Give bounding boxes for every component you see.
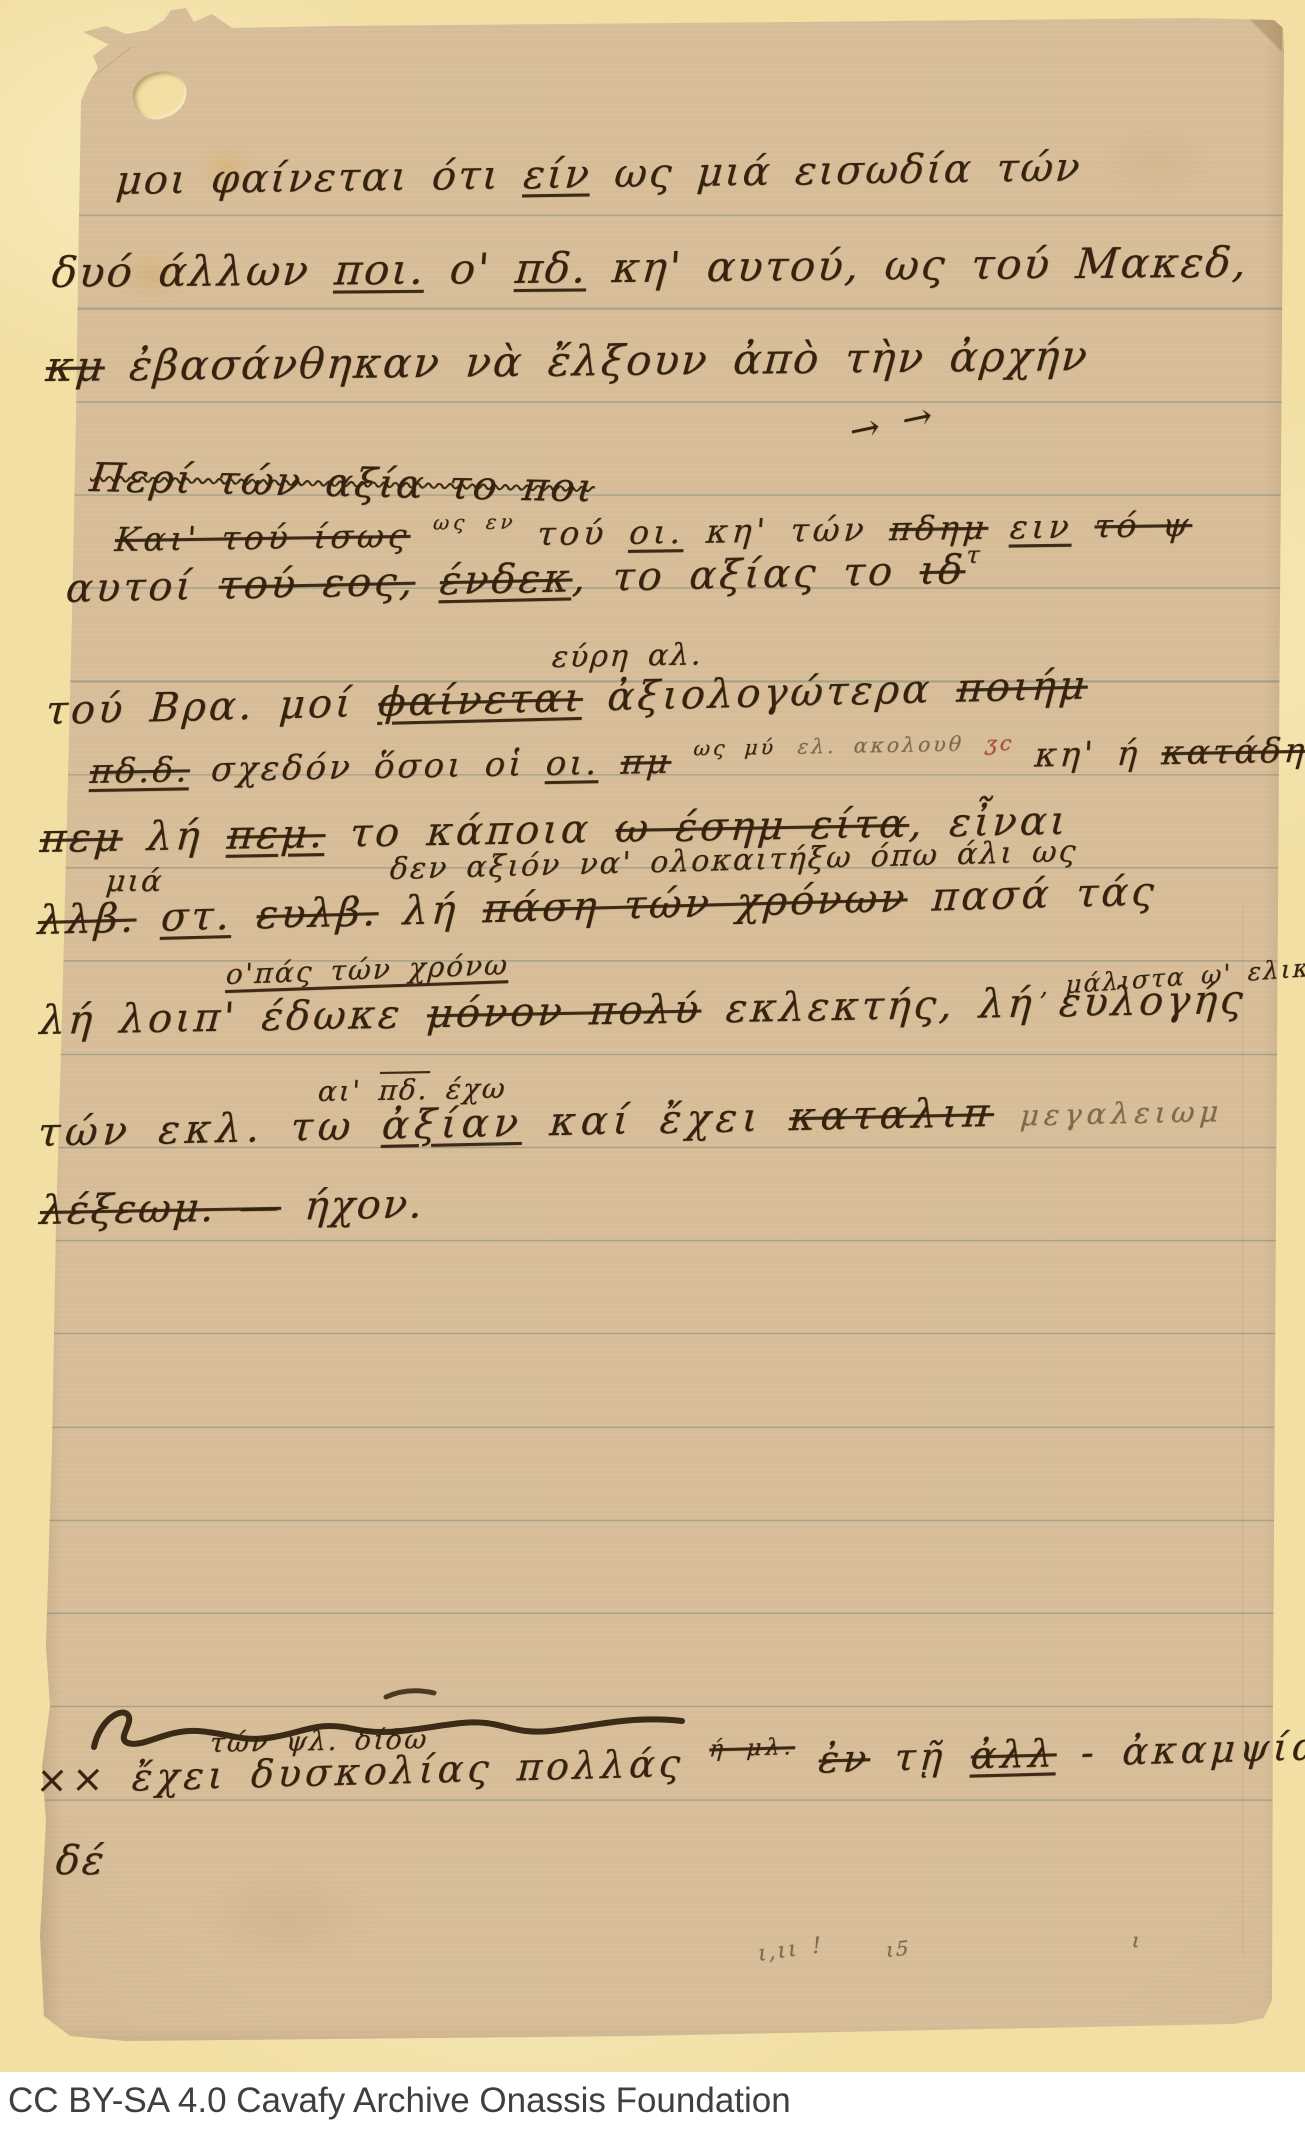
interline-13: ο'πάς τών χρόνω bbox=[225, 948, 510, 991]
ink-segment: οι. bbox=[545, 743, 601, 784]
line-9: πδ.δ. σχεδόν ὅσοι οἱ οι. πμ ως μύ ελ. ακ… bbox=[89, 728, 1305, 792]
ink-segment: τό ψ bbox=[1093, 505, 1194, 545]
ink-segment bbox=[414, 558, 442, 605]
line-16: τών εκλ. τω ἀξίαν καί ἔχει καταλιπ μεγαλ… bbox=[36, 1085, 1225, 1156]
line-20: δέ bbox=[54, 1838, 108, 1884]
line-3: κμ ἐβασάνθηκαν νὰ ἔλξουν ἀπὸ τὴν ἀρχήν bbox=[44, 331, 1091, 391]
ink-segment bbox=[962, 736, 986, 776]
ink-segment: καταλιπ bbox=[788, 1090, 996, 1140]
ink-segment: κη' αυτού, ως τού Μακεδ, bbox=[586, 238, 1250, 293]
interline-7: εύρη αλ. bbox=[551, 637, 704, 675]
ink-segment: τού bbox=[514, 513, 631, 554]
ink-segment: ι5 bbox=[886, 1935, 911, 1962]
ink-segment: πεμ. bbox=[225, 811, 327, 859]
ink-segment: ἀξιολογώτερα bbox=[581, 666, 958, 721]
ink-segment: ο'πάς τών χρόνω bbox=[225, 948, 510, 991]
ink-segment bbox=[987, 507, 1012, 546]
ink-segment: τού Βρα. μοί bbox=[45, 680, 380, 734]
ink-segment: ένδεκ bbox=[438, 555, 574, 604]
ink-segment: στ. bbox=[160, 893, 234, 941]
handwriting-layer: μοι φαίνεται ότι είν ως μιά εισωδία τώνδ… bbox=[0, 0, 1305, 2072]
ink-segment: ϕαίνεται bbox=[377, 675, 584, 726]
ink-segment bbox=[598, 743, 622, 783]
ink-segment: → → bbox=[847, 394, 936, 453]
ink-segment: ἀξίαν bbox=[381, 1100, 525, 1149]
ink-segment: κη' ή bbox=[1012, 733, 1163, 776]
ink-segment: τών εκλ. τω bbox=[36, 1103, 383, 1156]
line-17: λέξεωμ. — ήχον. bbox=[38, 1181, 425, 1234]
line-5: Και' τού ίσως ως εν τού οι. κη' τών πδημ… bbox=[114, 505, 1194, 559]
ink-segment bbox=[231, 892, 258, 939]
ink-specks-3: ι bbox=[1131, 1928, 1143, 1952]
ink-segment: - ἀκαμψία ἡ bbox=[1055, 1723, 1305, 1775]
ink-segment bbox=[793, 1737, 820, 1782]
ink-segment: καί ἔχει bbox=[522, 1094, 791, 1146]
ink-segment bbox=[1071, 506, 1096, 545]
ink-segment: λή λοιπ' έδωκε bbox=[38, 991, 428, 1044]
ink-segment: ἐβασάνθηκαν νὰ ἔλξουν ἀπὸ τὴν ἀρχήν bbox=[103, 331, 1091, 390]
arrow-marks: → → bbox=[847, 394, 936, 453]
ink-specks-1: ι,ιι ! bbox=[757, 1933, 823, 1967]
line-4-deleted: Περί τών αξία το ποι bbox=[88, 455, 598, 511]
ink-segment: τ bbox=[966, 540, 984, 568]
ink-segment: , το αξίας το bbox=[571, 548, 921, 601]
ink-segment: ως μύ bbox=[693, 735, 777, 760]
ink-segment: τού εος, bbox=[217, 559, 417, 609]
caption-bar: CC BY-SA 4.0 Cavafy Archive Onassis Foun… bbox=[0, 2072, 1305, 2130]
ink-segment: σχεδόν ὅσοι οἱ bbox=[188, 744, 547, 790]
ink-segment: ι bbox=[1131, 1928, 1143, 1952]
ink-segment: δυό άλλων bbox=[50, 246, 337, 298]
ink-segment: είν bbox=[522, 151, 593, 198]
ink-segment: πάση τών χρόνων bbox=[482, 875, 909, 932]
ink-segment: λή bbox=[377, 886, 484, 935]
ink-segment: λέξεωμ. — bbox=[38, 1184, 282, 1234]
ink-segment: ή μλ. bbox=[709, 1734, 796, 1762]
ink-segment bbox=[992, 1089, 1022, 1136]
ink-segment: ʒc bbox=[985, 731, 1016, 756]
ink-segment: ι,ιι ! bbox=[757, 1933, 823, 1967]
ink-segment bbox=[409, 516, 434, 555]
ink-segment: Περί τών αξία το ποι bbox=[88, 455, 598, 511]
ink-segment: ελ. ακολουθ bbox=[797, 731, 965, 758]
ink-segment: αυτοί bbox=[64, 563, 220, 612]
line-2: δυό άλλων ποι. ο' πδ. κη' αυτού, ως τού … bbox=[50, 238, 1250, 297]
ink-segment: οι. bbox=[628, 512, 686, 552]
ink-segment: κμ bbox=[44, 341, 107, 391]
ink-segment: λλβ. bbox=[37, 895, 138, 944]
ink-segment: τῇ bbox=[869, 1733, 972, 1780]
ink-segment: πεμ bbox=[38, 815, 124, 863]
ink-segment bbox=[670, 741, 694, 781]
ink-segment: ἀλλ bbox=[970, 1731, 1059, 1777]
ink-segment: ποιήμ bbox=[955, 662, 1089, 711]
ink-segment: ἐν bbox=[817, 1736, 871, 1781]
scan-root: μοι φαίνεται ότι είν ως μιά εισωδία τώνδ… bbox=[0, 0, 1305, 2130]
ink-segment: πδ.δ. bbox=[89, 750, 192, 792]
ink-segment: εύρη αλ. bbox=[551, 637, 704, 675]
ink-segment: ιδ bbox=[918, 547, 967, 594]
ink-segment: δέ bbox=[54, 1838, 108, 1884]
ink-segment: ο' bbox=[423, 244, 517, 294]
ink-segment: κατάδη bbox=[1160, 731, 1305, 774]
line-1: μοι φαίνεται ότι είν ως μιά εισωδία τών bbox=[114, 144, 1083, 204]
ink-segment: ήχον. bbox=[280, 1181, 426, 1230]
ink-segment bbox=[774, 740, 798, 780]
ink-segment: Και' τού ίσως bbox=[114, 516, 412, 559]
ink-segment: λή bbox=[121, 813, 229, 861]
interline-11a: μιά bbox=[104, 864, 165, 899]
ink-segment: ειν bbox=[1009, 507, 1075, 547]
ink-segment: ως μιά εισωδία τών bbox=[589, 144, 1083, 197]
ink-segment: μιά bbox=[104, 864, 165, 899]
ink-segment: μόνον πολύ bbox=[425, 986, 703, 1037]
ink-segment: ευλβ. bbox=[255, 889, 380, 938]
ink-segment: πμ bbox=[619, 742, 672, 783]
ink-segment: κη' τών bbox=[683, 509, 891, 551]
ink-segment: μοι φαίνεται ότι bbox=[114, 152, 525, 204]
ink-segment bbox=[135, 895, 162, 942]
license-caption: CC BY-SA 4.0 Cavafy Archive Onassis Foun… bbox=[8, 2081, 791, 2120]
ink-segment: πδ. bbox=[513, 243, 589, 293]
ink-segment: ποι. bbox=[333, 245, 428, 295]
ink-segment: ×× ἔχει δυσκολίας πολλάς bbox=[35, 1740, 710, 1802]
ink-specks-2: ι5 bbox=[886, 1935, 911, 1962]
ink-segment: ως εν bbox=[432, 511, 517, 535]
ink-segment: πασά τάς bbox=[906, 869, 1158, 922]
ink-segment: μεγαλειωμ bbox=[1019, 1094, 1224, 1132]
